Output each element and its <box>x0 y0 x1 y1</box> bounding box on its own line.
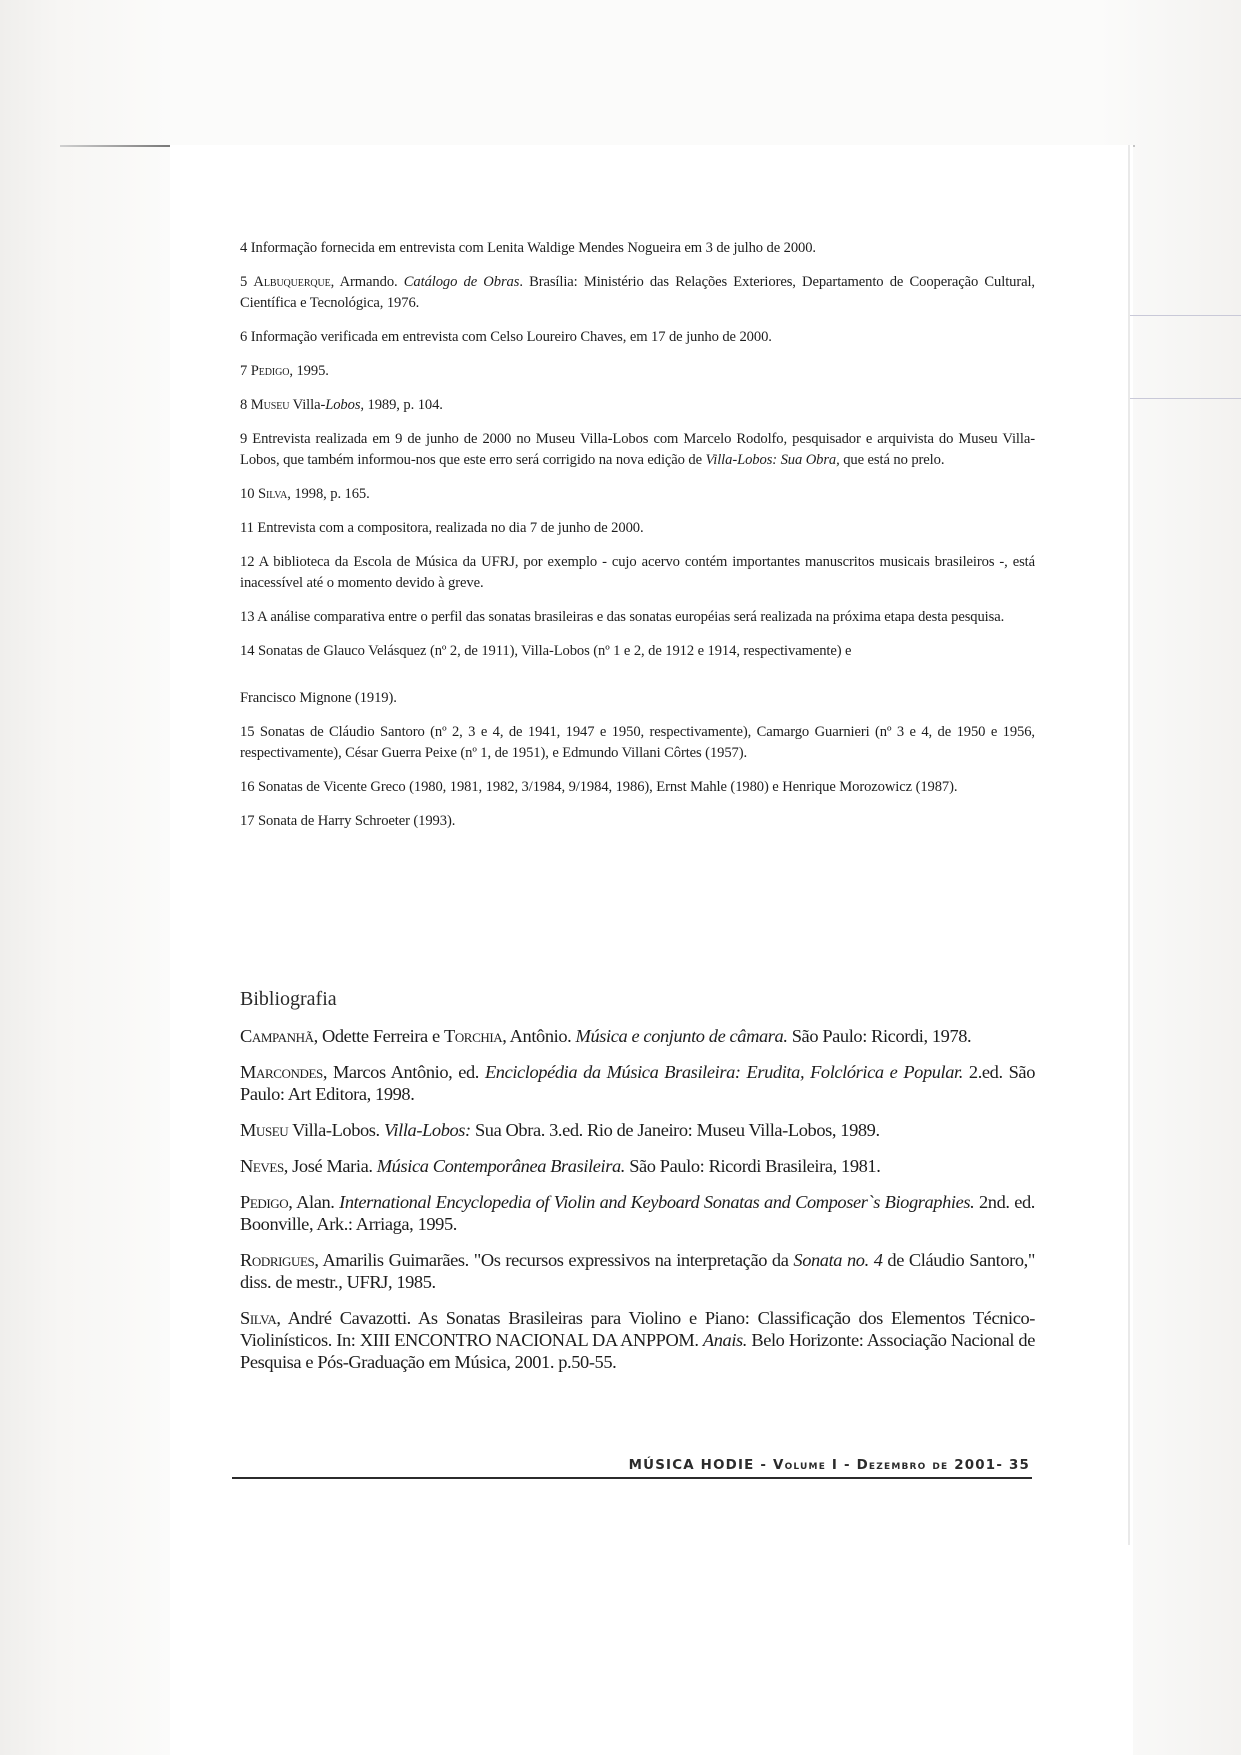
bibliography-entry: Silva, André Cavazotti. As Sonatas Brasi… <box>240 1307 1035 1373</box>
endnote-17: 17 Sonata de Harry Schroeter (1993). <box>240 811 1035 832</box>
endnote-11: 11 Entrevista com a compositora, realiza… <box>240 518 1035 539</box>
endnote-12: 12 A biblioteca da Escola de Música da U… <box>240 552 1035 594</box>
scan-artifact-line <box>1130 398 1241 399</box>
scan-artifact-line <box>1130 315 1241 316</box>
volume: Volume I <box>773 1458 838 1473</box>
issue-date: Dezembro de 2001 <box>857 1458 997 1473</box>
endnote-8: 8 Museu Villa-Lobos, 1989, p. 104. <box>240 395 1035 416</box>
bibliography-list: Campanhã, Odette Ferreira e Torchia, Ant… <box>240 1025 1035 1387</box>
endnote-14-continuation: Francisco Mignone (1919). <box>240 688 1035 709</box>
bibliography-entry: Museu Villa-Lobos. Villa-Lobos: Sua Obra… <box>240 1119 1035 1141</box>
bibliography-entry: Pedigo, Alan. International Encyclopedia… <box>240 1191 1035 1235</box>
endnote-7: 7 Pedigo, 1995. <box>240 361 1035 382</box>
endnote-13: 13 A análise comparativa entre o perfil … <box>240 607 1035 628</box>
endnote-6: 6 Informação verificada em entrevista co… <box>240 327 1035 348</box>
journal-name: MÚSICA HODIE <box>629 1458 755 1473</box>
bibliography-entry: Marcondes, Marcos Antônio, ed. Enciclopé… <box>240 1061 1035 1105</box>
endnote-5: 5 Albuquerque, Armando. Catálogo de Obra… <box>240 272 1035 314</box>
bibliography-entry: Campanhã, Odette Ferreira e Torchia, Ant… <box>240 1025 1035 1047</box>
endnote-9: 9 Entrevista realizada em 9 de junho de … <box>240 429 1035 471</box>
endnote-15: 15 Sonatas de Cláudio Santoro (nº 2, 3 e… <box>240 722 1035 764</box>
bibliography-heading: Bibliografia <box>240 988 337 1011</box>
bibliography-entry: Rodrigues, Amarilis Guimarães. "Os recur… <box>240 1249 1035 1293</box>
running-footer: MÚSICA HODIE - Volume I - Dezembro de 20… <box>240 1458 1030 1473</box>
page-right-edge <box>1128 145 1130 1545</box>
footer-rule <box>232 1477 1032 1479</box>
endnote-14: 14 Sonatas de Glauco Velásquez (nº 2, de… <box>240 641 1035 662</box>
bibliography-entry: Neves, José Maria. Música Contemporânea … <box>240 1155 1035 1177</box>
page-number: 35 <box>1009 1458 1030 1473</box>
endnotes: 4 Informação fornecida em entrevista com… <box>240 238 1035 845</box>
endnote-16: 16 Sonatas de Vicente Greco (1980, 1981,… <box>240 777 1035 798</box>
endnote-10: 10 Silva, 1998, p. 165. <box>240 484 1035 505</box>
endnote-4: 4 Informação fornecida em entrevista com… <box>240 238 1035 259</box>
